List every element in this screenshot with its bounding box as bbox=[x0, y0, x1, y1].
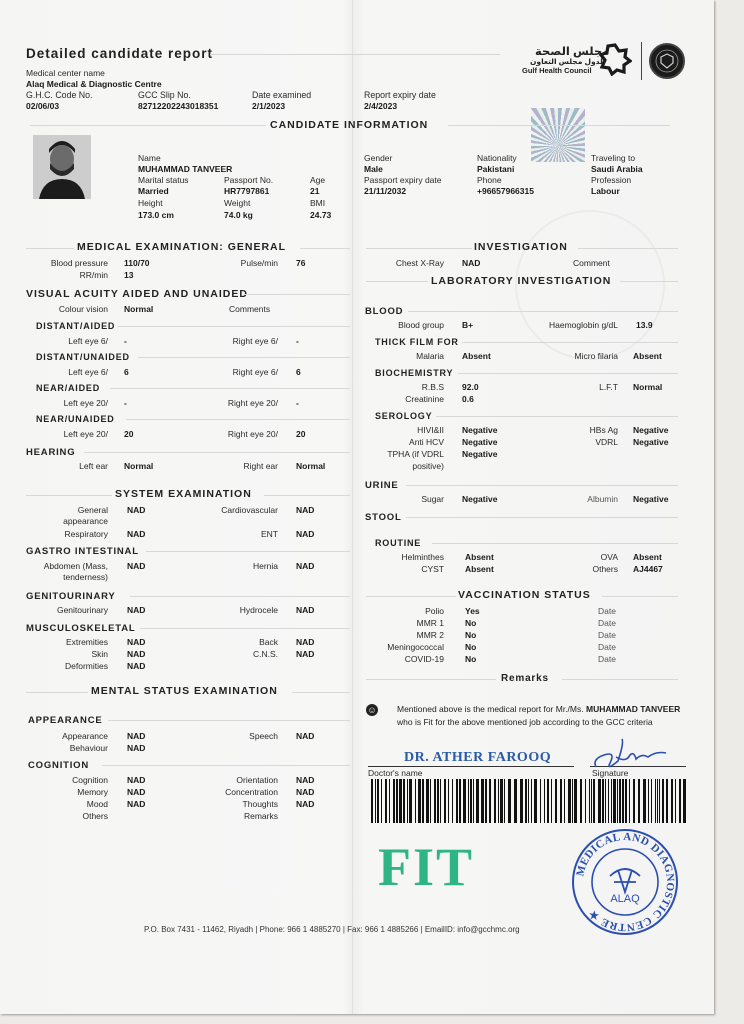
height: 173.0 cm bbox=[138, 210, 174, 220]
right-eye-value: 20 bbox=[296, 429, 305, 439]
left-eye-label: Left eye 6/ bbox=[26, 367, 108, 377]
cognition-label: Cognition bbox=[26, 775, 108, 785]
divider bbox=[146, 551, 350, 552]
visual-group-title: NEAR/UNAIDED bbox=[36, 414, 115, 424]
bp-label: Blood pressure bbox=[26, 258, 108, 268]
divider bbox=[300, 248, 350, 249]
helminthes: Absent bbox=[465, 552, 494, 562]
doctor-name: DR. ATHER FAROOQ bbox=[404, 750, 551, 766]
phone-label: Phone bbox=[477, 175, 502, 185]
appearance: NAD bbox=[127, 731, 145, 741]
alaq-centre-stamp-icon: MEDICAL AND DIAGNOSTIC CENTRE ★ ALAQ bbox=[570, 826, 680, 938]
doctor-label: Doctor's name bbox=[368, 768, 423, 778]
right-ear: Normal bbox=[296, 461, 325, 471]
investigation-section-title: INVESTIGATION bbox=[474, 241, 568, 253]
general-appearance-label: General bbox=[26, 505, 108, 515]
statement-text-2: who is Fit for the above mentioned job a… bbox=[397, 717, 653, 727]
divider bbox=[462, 342, 678, 343]
divider bbox=[292, 692, 350, 693]
divider bbox=[436, 416, 678, 417]
vdrl: Negative bbox=[633, 437, 668, 447]
date-examined-label: Date examined bbox=[252, 90, 311, 100]
left-eye-value: - bbox=[124, 336, 127, 346]
appearance-label: Appearance bbox=[26, 731, 108, 741]
microfilaria-label: Micro filaria bbox=[520, 351, 618, 361]
right-eye-value: 6 bbox=[296, 367, 301, 377]
routine-title: ROUTINE bbox=[375, 538, 421, 548]
logo-divider bbox=[641, 42, 642, 80]
cardio-label: Cardiovascular bbox=[190, 505, 278, 515]
hiv-label: HIVI&II bbox=[366, 425, 444, 435]
extremities-label: Extremities bbox=[26, 637, 108, 647]
hbs-ag: Negative bbox=[633, 425, 668, 435]
left-eye-value: 20 bbox=[124, 429, 133, 439]
report-sheet: Detailed candidate report Medical center… bbox=[0, 0, 714, 1014]
vaccine-name: Meningococcal bbox=[346, 642, 444, 652]
height-label: Height bbox=[138, 198, 163, 208]
divider bbox=[406, 517, 678, 518]
deformities-label: Deformities bbox=[26, 661, 108, 671]
hydrocele-label: Hydrocele bbox=[190, 605, 278, 615]
divider bbox=[102, 765, 350, 766]
expiry-label: Report expiry date bbox=[364, 90, 436, 100]
divider bbox=[562, 679, 678, 680]
candidate-name: MUHAMMAD TANVEER bbox=[138, 164, 232, 174]
signature-icon bbox=[590, 737, 670, 777]
vaccine-status: No bbox=[465, 630, 476, 640]
divider bbox=[110, 388, 350, 389]
genitourinary: NAD bbox=[127, 605, 145, 615]
statement-name-2: TANVEER bbox=[640, 704, 680, 714]
memory: NAD bbox=[127, 787, 145, 797]
cns-label: C.N.S. bbox=[190, 649, 278, 659]
hernia-label: Hernia bbox=[190, 561, 278, 571]
back: NAD bbox=[296, 637, 314, 647]
nationality: Pakistani bbox=[477, 164, 514, 174]
vaccine-date-label: Date bbox=[560, 618, 616, 628]
ent: NAD bbox=[296, 529, 314, 539]
anti-hcv: Negative bbox=[462, 437, 497, 447]
sugar: Negative bbox=[462, 494, 497, 504]
right-eye-value: - bbox=[296, 398, 299, 408]
appearance-title: APPEARANCE bbox=[28, 715, 103, 726]
blood-pressure: 110/70 bbox=[124, 258, 150, 268]
memory-label: Memory bbox=[26, 787, 108, 797]
divider bbox=[432, 543, 678, 544]
cardiovascular: NAD bbox=[296, 505, 314, 515]
comments-label: Comments bbox=[229, 304, 270, 314]
orientation-label: Orientation bbox=[190, 775, 278, 785]
passport-expiry: 21/11/2032 bbox=[364, 186, 406, 196]
ova: Absent bbox=[633, 552, 662, 562]
pulse: 76 bbox=[296, 258, 305, 268]
divider bbox=[406, 485, 678, 486]
biochemistry-title: BIOCHEMISTRY bbox=[375, 368, 453, 378]
lab-section-title: LABORATORY INVESTIGATION bbox=[431, 275, 611, 287]
others-stool-label: Others bbox=[520, 564, 618, 574]
vaccine-date-label: Date bbox=[560, 654, 616, 664]
gcc-emblem-icon bbox=[649, 43, 685, 79]
respiratory-label: Respiratory bbox=[26, 529, 108, 539]
creatinine: 0.6 bbox=[462, 394, 474, 404]
tpha-label-2: positive) bbox=[366, 461, 444, 471]
left-eye-label: Left eye 20/ bbox=[26, 398, 108, 408]
divider bbox=[26, 692, 88, 693]
divider bbox=[108, 720, 350, 721]
cns: NAD bbox=[296, 649, 314, 659]
marital-label: Marital status bbox=[138, 175, 189, 185]
urine-title: URINE bbox=[365, 480, 399, 491]
pulse-label: Pulse/min bbox=[200, 258, 278, 268]
mental-section-title: MENTAL STATUS EXAMINATION bbox=[91, 685, 278, 697]
microfilaria: Absent bbox=[633, 351, 662, 361]
vaccine-status: Yes bbox=[465, 606, 480, 616]
vaccine-status: No bbox=[465, 654, 476, 664]
cyst: Absent bbox=[465, 564, 494, 574]
divider bbox=[84, 452, 350, 453]
rbs: 92.0 bbox=[462, 382, 479, 392]
genitourinary-label: Genitourinary bbox=[26, 605, 108, 615]
divider bbox=[140, 628, 350, 629]
vaccine-date-label: Date bbox=[560, 630, 616, 640]
phone: +96657966315 bbox=[477, 186, 534, 196]
gastro-title: GASTRO INTESTINAL bbox=[26, 546, 139, 557]
respiratory-rate: 13 bbox=[124, 270, 133, 280]
divider bbox=[366, 596, 456, 597]
mood-label: Mood bbox=[26, 799, 108, 809]
name-label: Name bbox=[138, 153, 161, 163]
gender-label: Gender bbox=[364, 153, 392, 163]
concentration-label: Concentration bbox=[190, 787, 278, 797]
chest-xray: NAD bbox=[462, 258, 480, 268]
footer-contact: P.O. Box 7431 - 11462, Riyadh | Phone: 9… bbox=[144, 925, 520, 934]
malaria: Absent bbox=[462, 351, 491, 361]
visual-group-title: NEAR/AIDED bbox=[36, 383, 100, 393]
visual-section-title: VISUAL ACUITY AIDED AND UNAIDED bbox=[26, 288, 248, 300]
lft: Normal bbox=[633, 382, 662, 392]
divider bbox=[366, 679, 496, 680]
divider bbox=[138, 357, 350, 358]
general-appearance: NAD bbox=[127, 505, 145, 515]
back-label: Back bbox=[190, 637, 278, 647]
speech: NAD bbox=[296, 731, 314, 741]
divider bbox=[126, 419, 350, 420]
divider bbox=[366, 248, 472, 249]
concentration: NAD bbox=[296, 787, 314, 797]
statement-text: Mentioned above is the medical report fo… bbox=[397, 704, 586, 714]
behaviour-label: Behaviour bbox=[26, 743, 108, 753]
cyst-label: CYST bbox=[366, 564, 444, 574]
orientation: NAD bbox=[296, 775, 314, 785]
cognition-title: COGNITION bbox=[28, 760, 89, 771]
right-eye-label: Right eye 20/ bbox=[200, 429, 278, 439]
candidate-photo bbox=[33, 135, 91, 199]
profession: Labour bbox=[591, 186, 620, 196]
skin: NAD bbox=[127, 649, 145, 659]
weight: 74.0 kg bbox=[224, 210, 253, 220]
albumin-label: Albumin bbox=[520, 494, 618, 504]
ghc-code: 02/06/03 bbox=[26, 101, 59, 111]
center-name: Alaq Medical & Diagnostic Centre bbox=[26, 79, 162, 89]
blood-title: BLOOD bbox=[365, 306, 403, 317]
gender: Male bbox=[364, 164, 383, 174]
abdomen: NAD bbox=[127, 561, 145, 571]
right-eye-label: Right eye 20/ bbox=[200, 398, 278, 408]
malaria-label: Malaria bbox=[366, 351, 444, 361]
left-eye-label: Left eye 6/ bbox=[26, 336, 108, 346]
xray-label: Chest X-Ray bbox=[366, 258, 444, 268]
rr-label: RR/min bbox=[26, 270, 108, 280]
hiv: Negative bbox=[462, 425, 497, 435]
divider bbox=[448, 125, 670, 126]
vdrl-label: VDRL bbox=[520, 437, 618, 447]
general-section-title: MEDICAL EXAMINATION: GENERAL bbox=[77, 241, 286, 253]
tpha-label: TPHA (if VDRL bbox=[366, 449, 444, 459]
divider bbox=[264, 495, 350, 496]
age-label: Age bbox=[310, 175, 325, 185]
others-stool: AJ4467 bbox=[633, 564, 663, 574]
expiry-date: 2/4/2023 bbox=[364, 101, 397, 111]
deformities: NAD bbox=[127, 661, 145, 671]
vaccine-name: COVID-19 bbox=[366, 654, 444, 664]
stool-title: STOOL bbox=[365, 512, 402, 523]
passport-label: Passport No. bbox=[224, 175, 273, 185]
doctor-line bbox=[368, 766, 574, 767]
weight-label: Weight bbox=[224, 198, 250, 208]
fit-stamp: FIT bbox=[378, 836, 474, 898]
ent-label: ENT bbox=[190, 529, 278, 539]
statement-name: MUHAMMAD bbox=[586, 704, 638, 714]
smiley-icon: ☺ bbox=[366, 704, 378, 716]
gcc-slip: 82712202243018351 bbox=[138, 101, 218, 111]
paper-fold bbox=[352, 0, 353, 1014]
date-examined: 2/1/2023 bbox=[252, 101, 285, 111]
others-label: Others bbox=[26, 811, 108, 821]
hydrocele: NAD bbox=[296, 605, 314, 615]
vaccine-name: MMR 1 bbox=[366, 618, 444, 628]
fitness-statement: Mentioned above is the medical report fo… bbox=[397, 703, 682, 728]
genito-title: GENITOURINARY bbox=[26, 591, 116, 602]
left-ear-label: Left ear bbox=[26, 461, 108, 471]
left-eye-value: 6 bbox=[124, 367, 129, 377]
respiratory: NAD bbox=[127, 529, 145, 539]
vaccine-status: No bbox=[465, 642, 476, 652]
vaccine-status: No bbox=[465, 618, 476, 628]
ghc-star-logo-icon bbox=[598, 42, 632, 76]
lft-label: L.F.T bbox=[520, 382, 618, 392]
vaccine-date-label: Date bbox=[560, 642, 616, 652]
divider bbox=[602, 596, 678, 597]
vaccine-date-label: Date bbox=[560, 606, 616, 616]
divider bbox=[130, 596, 350, 597]
haemoglobin: 13.9 bbox=[636, 320, 653, 330]
divider bbox=[458, 373, 678, 374]
tpha: Negative bbox=[462, 449, 497, 459]
skin-label: Skin bbox=[26, 649, 108, 659]
bmi-label: BMI bbox=[310, 198, 325, 208]
ova-label: OVA bbox=[520, 552, 618, 562]
cognition: NAD bbox=[127, 775, 145, 785]
right-ear-label: Right ear bbox=[200, 461, 278, 471]
behaviour: NAD bbox=[127, 743, 145, 753]
divider bbox=[30, 125, 266, 126]
creatinine-label: Creatinine bbox=[366, 394, 444, 404]
extremities: NAD bbox=[127, 637, 145, 647]
age: 21 bbox=[310, 186, 319, 196]
marital-status: Married bbox=[138, 186, 169, 196]
hernia: NAD bbox=[296, 561, 314, 571]
right-eye-label: Right eye 6/ bbox=[200, 367, 278, 377]
divider bbox=[408, 311, 678, 312]
system-section-title: SYSTEM EXAMINATION bbox=[115, 488, 252, 500]
albumin: Negative bbox=[633, 494, 668, 504]
traveling-label: Traveling to bbox=[591, 153, 635, 163]
left-eye-value: - bbox=[124, 398, 127, 408]
divider bbox=[26, 495, 112, 496]
ghc-code-label: G.H.C. Code No. bbox=[26, 90, 93, 100]
abdomen-label: Abdomen (Mass, bbox=[26, 561, 108, 571]
traveling-to: Saudi Arabia bbox=[591, 164, 643, 174]
divider bbox=[366, 281, 428, 282]
bmi: 24.73 bbox=[310, 210, 331, 220]
passport-number: HR7797861 bbox=[224, 186, 269, 196]
stamp-center-text: ALAQ bbox=[610, 893, 640, 905]
candidate-section-title: CANDIDATE INFORMATION bbox=[270, 119, 428, 131]
divider bbox=[118, 326, 350, 327]
divider bbox=[244, 294, 350, 295]
colour-vision: Normal bbox=[124, 304, 153, 314]
helminthes-label: Helminthes bbox=[366, 552, 444, 562]
hbs-label: HBs Ag bbox=[520, 425, 618, 435]
musculo-title: MUSCULOSKELETAL bbox=[26, 623, 135, 634]
hearing-title: HEARING bbox=[26, 447, 75, 458]
center-label: Medical center name bbox=[26, 68, 105, 78]
comment-label: Comment bbox=[573, 258, 610, 268]
thoughts-label: Thoughts bbox=[190, 799, 278, 809]
remarks-label: Remarks bbox=[190, 811, 278, 821]
thoughts: NAD bbox=[296, 799, 314, 809]
visual-group-title: DISTANT/UNAIDED bbox=[36, 352, 130, 362]
blood-group-label: Blood group bbox=[366, 320, 444, 330]
abdomen-label-2: tenderness) bbox=[26, 572, 108, 582]
vaccination-section-title: VACCINATION STATUS bbox=[458, 589, 591, 601]
divider bbox=[620, 281, 678, 282]
vaccine-name: Polio bbox=[366, 606, 444, 616]
right-eye-value: - bbox=[296, 336, 299, 346]
hcv-label: Anti HCV bbox=[366, 437, 444, 447]
vaccine-name: MMR 2 bbox=[366, 630, 444, 640]
general-appearance-label-2: appearance bbox=[26, 516, 108, 526]
rbs-label: R.B.S bbox=[366, 382, 444, 392]
left-eye-label: Left eye 20/ bbox=[26, 429, 108, 439]
hologram-icon bbox=[531, 108, 585, 162]
thick-film-title: THICK FILM FOR bbox=[375, 337, 459, 347]
report-title: Detailed candidate report bbox=[26, 46, 213, 61]
ghc-arabic-subtitle: لدول مجلس التعاون bbox=[530, 57, 603, 66]
divider bbox=[578, 248, 678, 249]
colour-vision-label: Colour vision bbox=[26, 304, 108, 314]
sugar-label: Sugar bbox=[366, 494, 444, 504]
blood-group: B+ bbox=[462, 320, 473, 330]
speech-label: Speech bbox=[190, 731, 278, 741]
haemoglobin-label: Haemoglobin g/dL bbox=[520, 320, 618, 330]
divider bbox=[26, 248, 74, 249]
mood: NAD bbox=[127, 799, 145, 809]
visual-group-title: DISTANT/AIDED bbox=[36, 321, 115, 331]
right-eye-label: Right eye 6/ bbox=[200, 336, 278, 346]
nationality-label: Nationality bbox=[477, 153, 517, 163]
serology-title: SEROLOGY bbox=[375, 411, 432, 421]
barcode bbox=[371, 779, 689, 823]
profession-label: Profession bbox=[591, 175, 631, 185]
ghc-english-name: Gulf Health Council bbox=[522, 66, 592, 75]
divider bbox=[210, 54, 500, 55]
remarks-title: Remarks bbox=[501, 673, 549, 684]
left-ear: Normal bbox=[124, 461, 153, 471]
gcc-slip-label: GCC Slip No. bbox=[138, 90, 191, 100]
passport-expiry-label: Passport expiry date bbox=[364, 175, 441, 185]
